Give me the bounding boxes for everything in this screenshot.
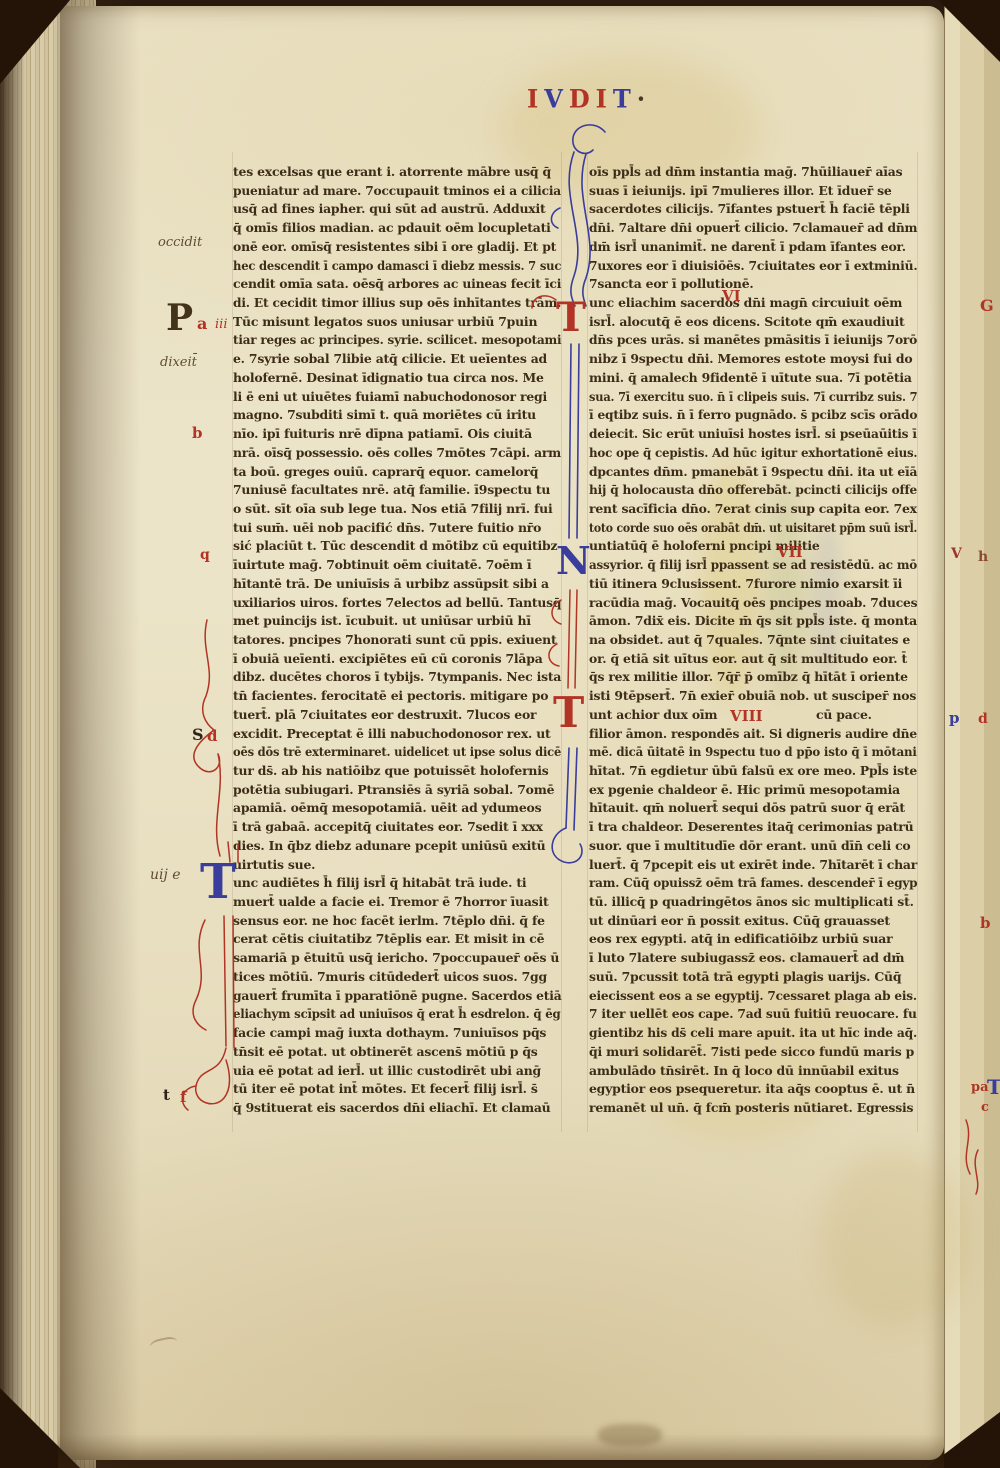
text-line: suor. que ī multitudīe dōr erant. unū dī… [589,837,917,856]
text-line: tū iter eē potat int̄ mōtes. Et fecert̄ … [233,1080,561,1099]
ruling-line [917,152,918,1132]
text-line: e. 7syrie sobal 7libie atq̄ cilicie. Et … [233,350,561,369]
text-line: hoc ope q̄ cepistis. Ad hūc igitur exhor… [589,444,902,463]
text-line: excidit. Preceptat ē illi nabuchodonosor… [233,725,561,744]
text-line: ram. Cūq̄ opuissz̄ oēm trā fames. descen… [589,874,906,893]
text-line: magno. 7subditi simī t. quā moriētes cū … [233,406,561,425]
text-line: hītantē trā. De uniuīsis ā urbibz assūps… [233,575,561,594]
text-line: uia eē potat ad ierl̄. ut illic custodir… [233,1062,561,1081]
bottom-page-shadow [58,1434,944,1468]
text-line: rent sacīficia dn̄o. 7erat cinis sup cap… [589,500,917,519]
text-line: o sūt. sīt oīa sub lege tua. Nos etiā 7f… [233,500,561,519]
text-line: untiatūq̄ ē holoferni pncipi militie [589,537,917,556]
text-line: nibz ī 9spectu dn̄i. Memores estote moys… [589,350,917,369]
text-line: tur ds̄. ab his natiōibz que potuissēt h… [233,762,561,781]
running-title-letter: · [637,83,651,113]
text-line: apamiā. oēmq̄ mesopotamiā. uēit ad ydume… [233,799,561,818]
text-line: unc eliachim sacerdos dn̄i magn̄ circuiu… [589,294,917,313]
text-line: ī trā gabaā. accepitq̄ ciuitates eor. 7s… [233,818,561,837]
text-line: Tūc misunt legatos suos uniusar urbiū 7p… [233,313,561,332]
text-line: deiecit. Sic erūt uniuīsi hostes isrl̄. … [589,425,911,444]
text-line: sensus eor. ne hoc facēt ierlm. 7tēplo d… [233,912,561,931]
text-line: suū. 7pcussit totā trā egypti plagis uar… [589,968,917,987]
text-line: potētia subiugari. Ptransiēs ā syriā sob… [233,781,561,800]
text-line: onē eor. omīsq̄ resistentes sibi ī ore g… [233,238,561,257]
text-line: uirtutis sue. [233,856,561,875]
text-line: dpcantes dn̄m. pmanebāt ī 9spectu dn̄i. … [589,463,914,482]
text-line: holofernē. Desinat īdignatio tua circa n… [233,369,561,388]
text-line: tū. illicq̄ p quadringētos ānos sic mult… [589,893,917,912]
text-line: tn̄sit eē potat. ut obtinerēt ascens̄ mō… [233,1043,561,1062]
text-line: dies. In q̄bz diebz adunare pcepit uniūs… [233,837,561,856]
text-line: isti 9tēpsert̄. 7n̄ exier̄ obuiā nob. ut… [589,687,917,706]
text-line: sić placiūt t. Tūc descendit d mōtibz cū… [233,537,561,556]
text-line: q̄ 9stituerat eis sacerdos dn̄i eliachī.… [233,1099,561,1118]
text-line: eiecissent eos a se egyptij. 7cessaret p… [589,987,909,1006]
text-line: gientibz his ds̄ celi mare apuit. ita ut… [589,1024,913,1043]
text-line: cerat cētis ciuitatibz 7tēplis ear. Et m… [233,930,561,949]
text-line: dn̄i. 7altare dn̄i opuert̄ cilicio. 7cla… [589,219,913,238]
text-line: tiū itinera 9clusissent. 7furore nimio e… [589,575,917,594]
text-line: hītat. 7n̄ egdietur ūbū falsū ex ore meo… [589,762,915,781]
text-line: 7sancta eor ī pollutionē. [589,275,917,294]
text-line: 7uxores eor ī diuisiōēs. 7ciuitates eor … [589,257,915,276]
text-line: īuirtute maḡ. 7obtinuit oēm ciuitatē. 7o… [233,556,561,575]
running-title-letter: I [527,83,544,113]
text-line: isrl̄. alocutq̄ ē eos dicens. Scitote qm… [589,313,917,332]
text-line: or. q̄ etiā sit uītus eor. aut q̄ sit mu… [589,650,917,669]
next-folio-fore-edge [944,0,1000,1468]
text-line: tuert̄. plā 7ciuitates eor destruxit. 7l… [233,706,561,725]
ruling-line [587,152,588,1132]
text-line: gauert̄ frumīta ī pparatiōnē pugne. Sace… [233,987,558,1006]
running-title-iudit: IVDIT· [527,84,651,113]
text-line: eliachym scīpsit ad uniuīsos q̄ erat h̄ … [233,1005,543,1024]
ruling-line [561,152,562,1132]
text-line: ex pgenie chaldeor ē. Hic primū mesopota… [589,781,917,800]
text-line: di. Et cecidit timor illius sup oēs inhī… [233,294,556,313]
text-line: eos rex egypti. atq̄ in edificatiōibz ur… [589,930,917,949]
text-line: ambulādo tn̄sirēt. In q̄ loco dū innūabi… [589,1062,917,1081]
text-line: tui sum̄. uēi nob pacifić dn̄s. 7utere f… [233,519,561,538]
text-line: unc audiētes h̄ filij isrl̄ q̄ hitabāt t… [233,874,561,893]
text-line: mini. q̄ amalech 9fidentē ī uītute sua. … [589,369,917,388]
text-line: luert̄. q̄ 7pcepit eis ut exirēt inde. 7… [589,856,917,875]
text-line: 7uniusē facultates nrē. atq̄ familie. ī9… [233,481,561,500]
text-line: usq̄ ad fines iapher. qui sūt ad austrū.… [233,200,561,219]
text-line: q̄ omīs filios madian. ac pdauit oēm loc… [233,219,561,238]
text-line: toto corde suo oēs orabāt dm̄. ut uisita… [589,519,877,538]
text-line: pueniatur ad mare. 7occupauit tminos ei … [233,182,556,201]
running-title-letter: I [596,83,613,113]
text-line: filior āmon. respondēs ait. Si digneris … [589,725,913,744]
text-line: muert̄ ualde a facie ei. Tremor ē 7horro… [233,893,561,912]
text-line: ut dinūari eor n̄ possit exitus. Cūq̄ gr… [589,912,917,931]
text-line: nrā. oīsq̄ possessio. oēs colles 7mōtes … [233,444,559,463]
text-line: sacerdotes cilicijs. 7īfantes pstuert̄ h… [589,200,917,219]
text-column-left: tes excelsas que erant i. atorrente mābr… [233,163,561,1118]
text-line: ta boū. greges ouiū. caprarq̄ equor. cam… [233,463,561,482]
running-title-letter: V [544,83,569,113]
text-line: egyptior eos psequeretur. ita aq̄s coopt… [589,1080,917,1099]
text-line: unt achior dux oīm cū pace. [589,706,917,725]
text-line: nīo. ipī fuituris nrē dīpna patiamī. Ois… [233,425,561,444]
running-title-letter: T [613,83,637,113]
text-line: uxiliarios uiros. fortes 7electos ad bel… [233,594,559,613]
text-line: na obsidet. aut q̄ 7quales. 7q̄nte sint … [589,631,917,650]
text-line: cendit omīa sata. oēsq̄ arbores ac uinea… [233,275,560,294]
text-line: hec descendit ī campo damasci ī diebz me… [233,257,539,276]
text-line: oīs ppl̄s ad dn̄m instantia maḡ. 7hūilia… [589,163,917,182]
text-line: sua. 7ī exercitu suo. n̄ ī clipeis suis.… [589,388,890,407]
text-line: mē. dicā ūitatē in 9spectu tuo d pp̄o is… [589,743,900,762]
text-line: tiar reges ac principes. syrie. scilicet… [233,331,550,350]
text-line: q̄s rex militie illor. 7q̄r̄ p̄ omībz q̄… [589,668,917,687]
text-line: remanēt ul un̄. q̄ fcm̄ posteris nūtiare… [589,1099,917,1118]
text-line: assyrior. q̄ filij isrl̄ ppassent se ad … [589,556,904,575]
text-line: samariā p ētuitū usq̄ iericho. 7poccupau… [233,949,561,968]
text-line: hij q̄ holocausta dn̄o offerebāt. pcinct… [589,481,909,500]
text-line: tatores. pncipes 7honorati sunt cū ppis.… [233,631,561,650]
text-line: facie campi maḡ iuxta dothaym. 7uniuīsos… [233,1024,561,1043]
text-line: ī eqtibz suis. n̄ ī ferro pugnādo. s̄ pc… [589,406,911,425]
manuscript-photo: IVDIT· tes excelsas que erant i. atorren… [0,0,1000,1468]
text-line: racūdia maḡ. Vocauitq̄ oēs pncipes moab.… [589,594,914,613]
text-line: 7 iter uellēt eos cape. 7ad suū fuitiū r… [589,1005,914,1024]
text-line: dn̄s pces urās. si manētes pmāsitis ī ie… [589,331,913,350]
text-line: q̄i muri solidarēt̄. 7isti pede sicco fu… [589,1043,917,1062]
text-line: li ē eni ut uiuētes fuiamī nabuchodonoso… [233,388,561,407]
text-line: tes excelsas que erant i. atorrente mābr… [233,163,561,182]
text-line: dibz. ducētes choros ī tybijs. 7tympanis… [233,668,560,687]
running-title-letter: D [569,83,596,113]
text-line: ī luto 7latere subiugassz̄ eos. clamauer… [589,949,917,968]
text-line: āmon. 7dix̄ eis. Dicite m̄ q̄s sit ppl̄s… [589,612,917,631]
text-line: suas ī ieiunijs. ipī 7mulieres illor. Et… [589,182,917,201]
text-column-right: oīs ppl̄s ad dn̄m instantia maḡ. 7hūilia… [589,163,917,1118]
text-line: hītauit. qm̄ noluert̄ sequi dōs patrū su… [589,799,917,818]
text-line: dm̄ isrl̄ unanimit̄. ne darent̄ ī pdam ī… [589,238,917,257]
text-line: oēs dōs trē exterminaret. uidelicet ut i… [233,743,537,762]
text-line: tices mōtiū. 7muris citūdedert̄ uicos su… [233,968,561,987]
text-line: tn̄ facientes. ferocitatē ei pectoris. m… [233,687,561,706]
text-line: ī obuiā ueīenti. excipiētes eū cū coroni… [233,650,561,669]
gutter-shadow [60,0,140,1468]
text-line: met puincijs ist. īcubuit. ut uniūsar ur… [233,612,561,631]
text-line: ī tra chaldeor. Deserentes itaq̄ cerimon… [589,818,917,837]
